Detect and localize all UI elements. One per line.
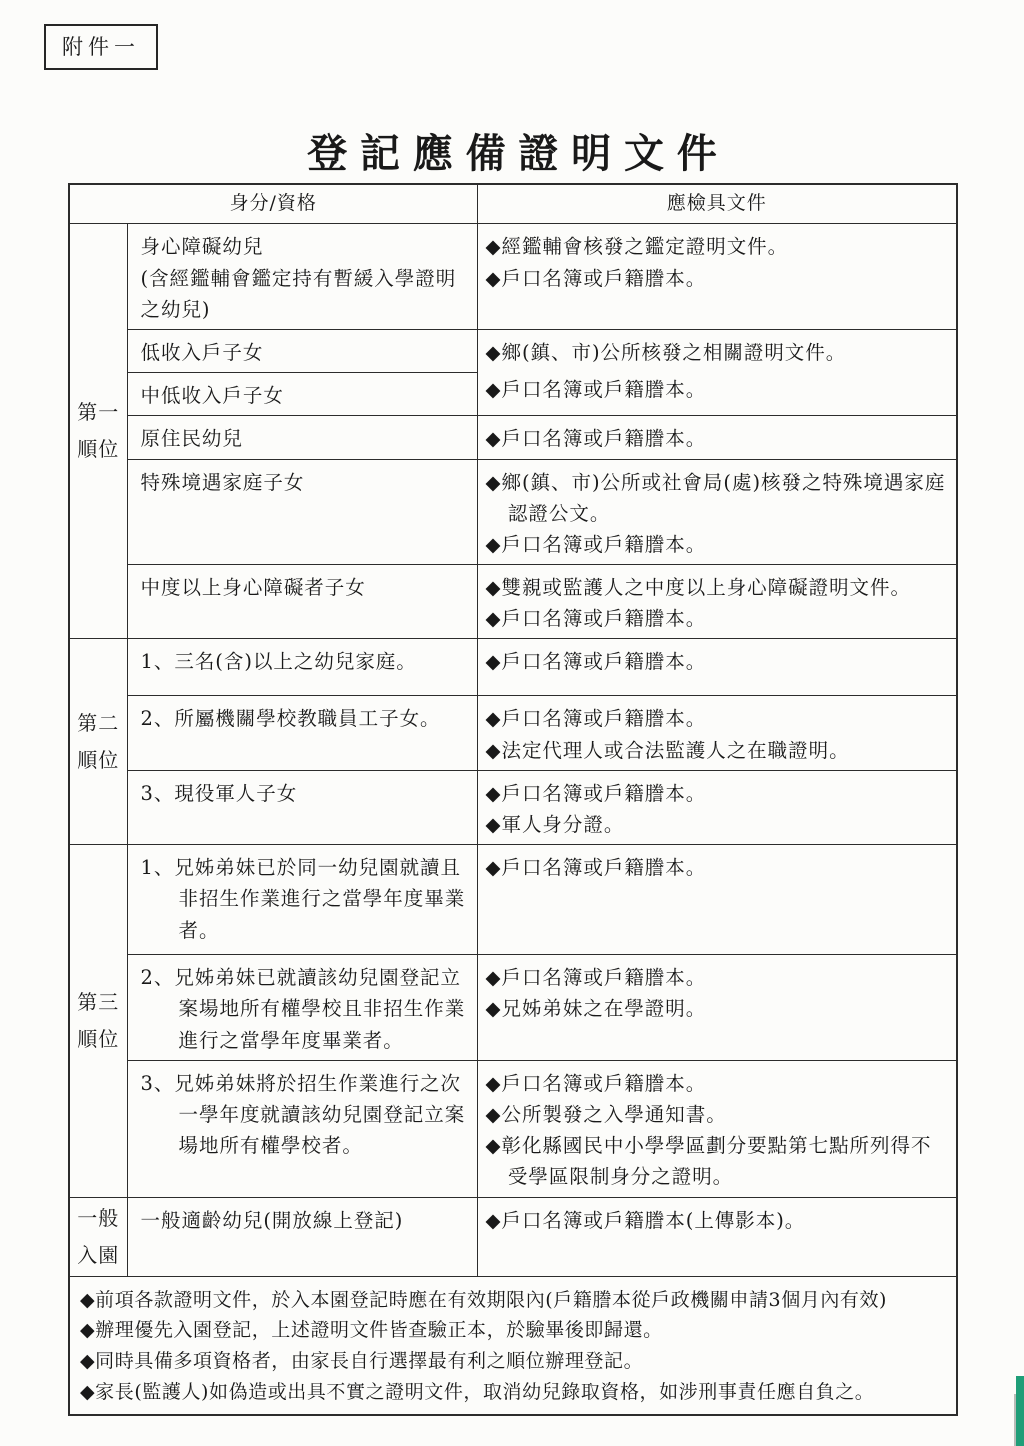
identity-line: 1、兄姊弟妹已於同一幼兒園就讀且非招生作業進行之當學年度畢業者。: [141, 852, 469, 946]
group2-label-line1: 第二: [74, 705, 123, 742]
identity-cell: 2、兄姊弟妹已就讀該幼兒園登記立案場地所有權學校且非招生作業進行之當學年度畢業者…: [127, 955, 477, 1061]
docs-cell: ◆戶口名簿或戶籍謄本。: [477, 845, 957, 955]
identity-line: 身心障礙幼兒: [141, 231, 469, 262]
table-row: 第二 順位 1、三名(含)以上之幼兒家庭。 ◆戶口名簿或戶籍謄本。: [69, 639, 957, 696]
doc-line: ◆戶口名簿或戶籍謄本(上傳影本)。: [486, 1205, 951, 1236]
identity-line: 3、現役軍人子女: [141, 778, 469, 809]
doc-line: ◆軍人身分證。: [486, 809, 951, 840]
identity-cell: 一般適齡幼兒(開放線上登記): [127, 1197, 477, 1276]
table-row: 中度以上身心障礙者子女 ◆雙親或監護人之中度以上身心障礙證明文件。 ◆戶口名簿或…: [69, 565, 957, 639]
doc-line: ◆戶口名簿或戶籍謄本。: [486, 374, 951, 405]
docs-cell: ◆鄉(鎮、市)公所或社會局(處)核發之特殊境遇家庭認證公文。 ◆戶口名簿或戶籍謄…: [477, 459, 957, 565]
note-line: ◆家長(監護人)如偽造或出具不實之證明文件，取消幼兒錄取資格，如涉刑事責任應自負…: [80, 1377, 948, 1408]
table-row: 低收入戶子女 ◆鄉(鎮、市)公所核發之相關證明文件。 ◆戶口名簿或戶籍謄本。: [69, 329, 957, 372]
group4-label-line2: 入園: [74, 1237, 123, 1274]
doc-line: ◆鄉(鎮、市)公所或社會局(處)核發之特殊境遇家庭認證公文。: [486, 467, 951, 529]
table-row: 特殊境遇家庭子女 ◆鄉(鎮、市)公所或社會局(處)核發之特殊境遇家庭認證公文。 …: [69, 459, 957, 565]
doc-line: ◆兄姊弟妹之在學證明。: [486, 993, 951, 1024]
docs-cell: ◆雙親或監護人之中度以上身心障礙證明文件。 ◆戶口名簿或戶籍謄本。: [477, 565, 957, 639]
group3-label-line2: 順位: [74, 1021, 123, 1058]
identity-cell: 2、所屬機關學校教職員工子女。: [127, 696, 477, 770]
doc-line: ◆彰化縣國民中小學學區劃分要點第七點所列得不受學區限制身分之證明。: [486, 1130, 951, 1192]
identity-cell: 1、兄姊弟妹已於同一幼兒園就讀且非招生作業進行之當學年度畢業者。: [127, 845, 477, 955]
doc-line: ◆戶口名簿或戶籍謄本。: [486, 529, 951, 560]
doc-line: ◆戶口名簿或戶籍謄本。: [486, 778, 951, 809]
table-row: 第三 順位 1、兄姊弟妹已於同一幼兒園就讀且非招生作業進行之當學年度畢業者。 ◆…: [69, 845, 957, 955]
identity-line: 2、所屬機關學校教職員工子女。: [141, 703, 469, 734]
identity-line: (含經鑑輔會鑑定持有暫緩入學證明之幼兒): [141, 263, 469, 325]
group1-label-line1: 第一: [74, 394, 123, 431]
identity-line: 3、兄姊弟妹將於招生作業進行之次一學年度就讀該幼兒園登記立案場地所有權學校者。: [141, 1068, 469, 1162]
table-row: 原住民幼兒 ◆戶口名簿或戶籍謄本。: [69, 416, 957, 459]
docs-cell: ◆戶口名簿或戶籍謄本。: [477, 639, 957, 696]
docs-cell: ◆經鑑輔會核發之鑑定證明文件。 ◆戶口名簿或戶籍謄本。: [477, 224, 957, 330]
doc-line: ◆公所製發之入學通知書。: [486, 1099, 951, 1130]
identity-cell: 中低收入戶子女: [127, 373, 477, 416]
notes-row: ◆前項各款證明文件，於入本園登記時應在有效期限內(戶籍謄本從戶政機關申請3個月內…: [69, 1276, 957, 1415]
doc-line: ◆戶口名簿或戶籍謄本。: [486, 703, 951, 734]
group3-label: 第三 順位: [69, 845, 127, 1197]
scanned-document-page: 附件一 登記應備證明文件 身分/資格 應檢具文件 第一 順位 身心障礙幼兒 (含…: [0, 0, 1024, 1446]
note-line: ◆前項各款證明文件，於入本園登記時應在有效期限內(戶籍謄本從戶政機關申請3個月內…: [80, 1285, 948, 1316]
docs-cell: ◆戶口名簿或戶籍謄本。 ◆法定代理人或合法監護人之在職證明。: [477, 696, 957, 770]
identity-line: 2、兄姊弟妹已就讀該幼兒園登記立案場地所有權學校且非招生作業進行之當學年度畢業者…: [141, 962, 469, 1056]
doc-line: ◆戶口名簿或戶籍謄本。: [486, 852, 951, 883]
identity-cell: 3、兄姊弟妹將於招生作業進行之次一學年度就讀該幼兒園登記立案場地所有權學校者。: [127, 1060, 477, 1197]
group3-label-line1: 第三: [74, 984, 123, 1021]
doc-line: ◆經鑑輔會核發之鑑定證明文件。: [486, 231, 951, 262]
doc-line: ◆法定代理人或合法監護人之在職證明。: [486, 735, 951, 766]
docs-cell-shared: ◆鄉(鎮、市)公所核發之相關證明文件。 ◆戶口名簿或戶籍謄本。: [477, 329, 957, 415]
table-row: 2、所屬機關學校教職員工子女。 ◆戶口名簿或戶籍謄本。 ◆法定代理人或合法監護人…: [69, 696, 957, 770]
group2-label-line2: 順位: [74, 742, 123, 779]
page-title: 登記應備證明文件: [0, 122, 1024, 179]
docs-cell: ◆戶口名簿或戶籍謄本。 ◆公所製發之入學通知書。 ◆彰化縣國民中小學學區劃分要點…: [477, 1060, 957, 1197]
doc-line: ◆戶口名簿或戶籍謄本。: [486, 423, 951, 454]
doc-line: ◆戶口名簿或戶籍謄本。: [486, 962, 951, 993]
group4-label: 一般 入園: [69, 1197, 127, 1276]
scan-edge-accent: [1016, 1376, 1024, 1446]
group1-label: 第一 順位: [69, 224, 127, 639]
identity-cell: 1、三名(含)以上之幼兒家庭。: [127, 639, 477, 696]
doc-line: ◆鄉(鎮、市)公所核發之相關證明文件。: [486, 337, 951, 368]
docs-cell: ◆戶口名簿或戶籍謄本(上傳影本)。: [477, 1197, 957, 1276]
table-row: 3、兄姊弟妹將於招生作業進行之次一學年度就讀該幼兒園登記立案場地所有權學校者。 …: [69, 1060, 957, 1197]
registration-documents-table: 身分/資格 應檢具文件 第一 順位 身心障礙幼兒 (含經鑑輔會鑑定持有暫緩入學證…: [68, 183, 958, 1416]
identity-cell: 身心障礙幼兒 (含經鑑輔會鑑定持有暫緩入學證明之幼兒): [127, 224, 477, 330]
identity-cell: 中度以上身心障礙者子女: [127, 565, 477, 639]
group2-label: 第二 順位: [69, 639, 127, 845]
header-identity: 身分/資格: [69, 184, 477, 224]
identity-cell: 原住民幼兒: [127, 416, 477, 459]
doc-line: ◆戶口名簿或戶籍謄本。: [486, 646, 951, 677]
docs-cell: ◆戶口名簿或戶籍謄本。: [477, 416, 957, 459]
identity-cell: 低收入戶子女: [127, 329, 477, 372]
notes-cell: ◆前項各款證明文件，於入本園登記時應在有效期限內(戶籍謄本從戶政機關申請3個月內…: [69, 1276, 957, 1415]
doc-line: ◆雙親或監護人之中度以上身心障礙證明文件。: [486, 572, 951, 603]
note-line: ◆辦理優先入園登記，上述證明文件皆查驗正本，於驗畢後即歸還。: [80, 1315, 948, 1346]
table-row: 第一 順位 身心障礙幼兒 (含經鑑輔會鑑定持有暫緩入學證明之幼兒) ◆經鑑輔會核…: [69, 224, 957, 330]
table-row: 一般 入園 一般適齡幼兒(開放線上登記) ◆戶口名簿或戶籍謄本(上傳影本)。: [69, 1197, 957, 1276]
table-row: 2、兄姊弟妹已就讀該幼兒園登記立案場地所有權學校且非招生作業進行之當學年度畢業者…: [69, 955, 957, 1061]
group1-label-line2: 順位: [74, 431, 123, 468]
header-documents: 應檢具文件: [477, 184, 957, 224]
identity-cell: 3、現役軍人子女: [127, 770, 477, 844]
doc-line: ◆戶口名簿或戶籍謄本。: [486, 263, 951, 294]
identity-cell: 特殊境遇家庭子女: [127, 459, 477, 565]
identity-line: 1、三名(含)以上之幼兒家庭。: [141, 646, 469, 677]
group4-label-line1: 一般: [74, 1200, 123, 1237]
doc-line: ◆戶口名簿或戶籍謄本。: [486, 603, 951, 634]
docs-cell: ◆戶口名簿或戶籍謄本。 ◆軍人身分證。: [477, 770, 957, 844]
doc-line: ◆戶口名簿或戶籍謄本。: [486, 1068, 951, 1099]
table-row: 3、現役軍人子女 ◆戶口名簿或戶籍謄本。 ◆軍人身分證。: [69, 770, 957, 844]
table-header-row: 身分/資格 應檢具文件: [69, 184, 957, 224]
note-line: ◆同時具備多項資格者，由家長自行選擇最有利之順位辦理登記。: [80, 1346, 948, 1377]
docs-cell: ◆戶口名簿或戶籍謄本。 ◆兄姊弟妹之在學證明。: [477, 955, 957, 1061]
attachment-label: 附件一: [44, 24, 158, 70]
